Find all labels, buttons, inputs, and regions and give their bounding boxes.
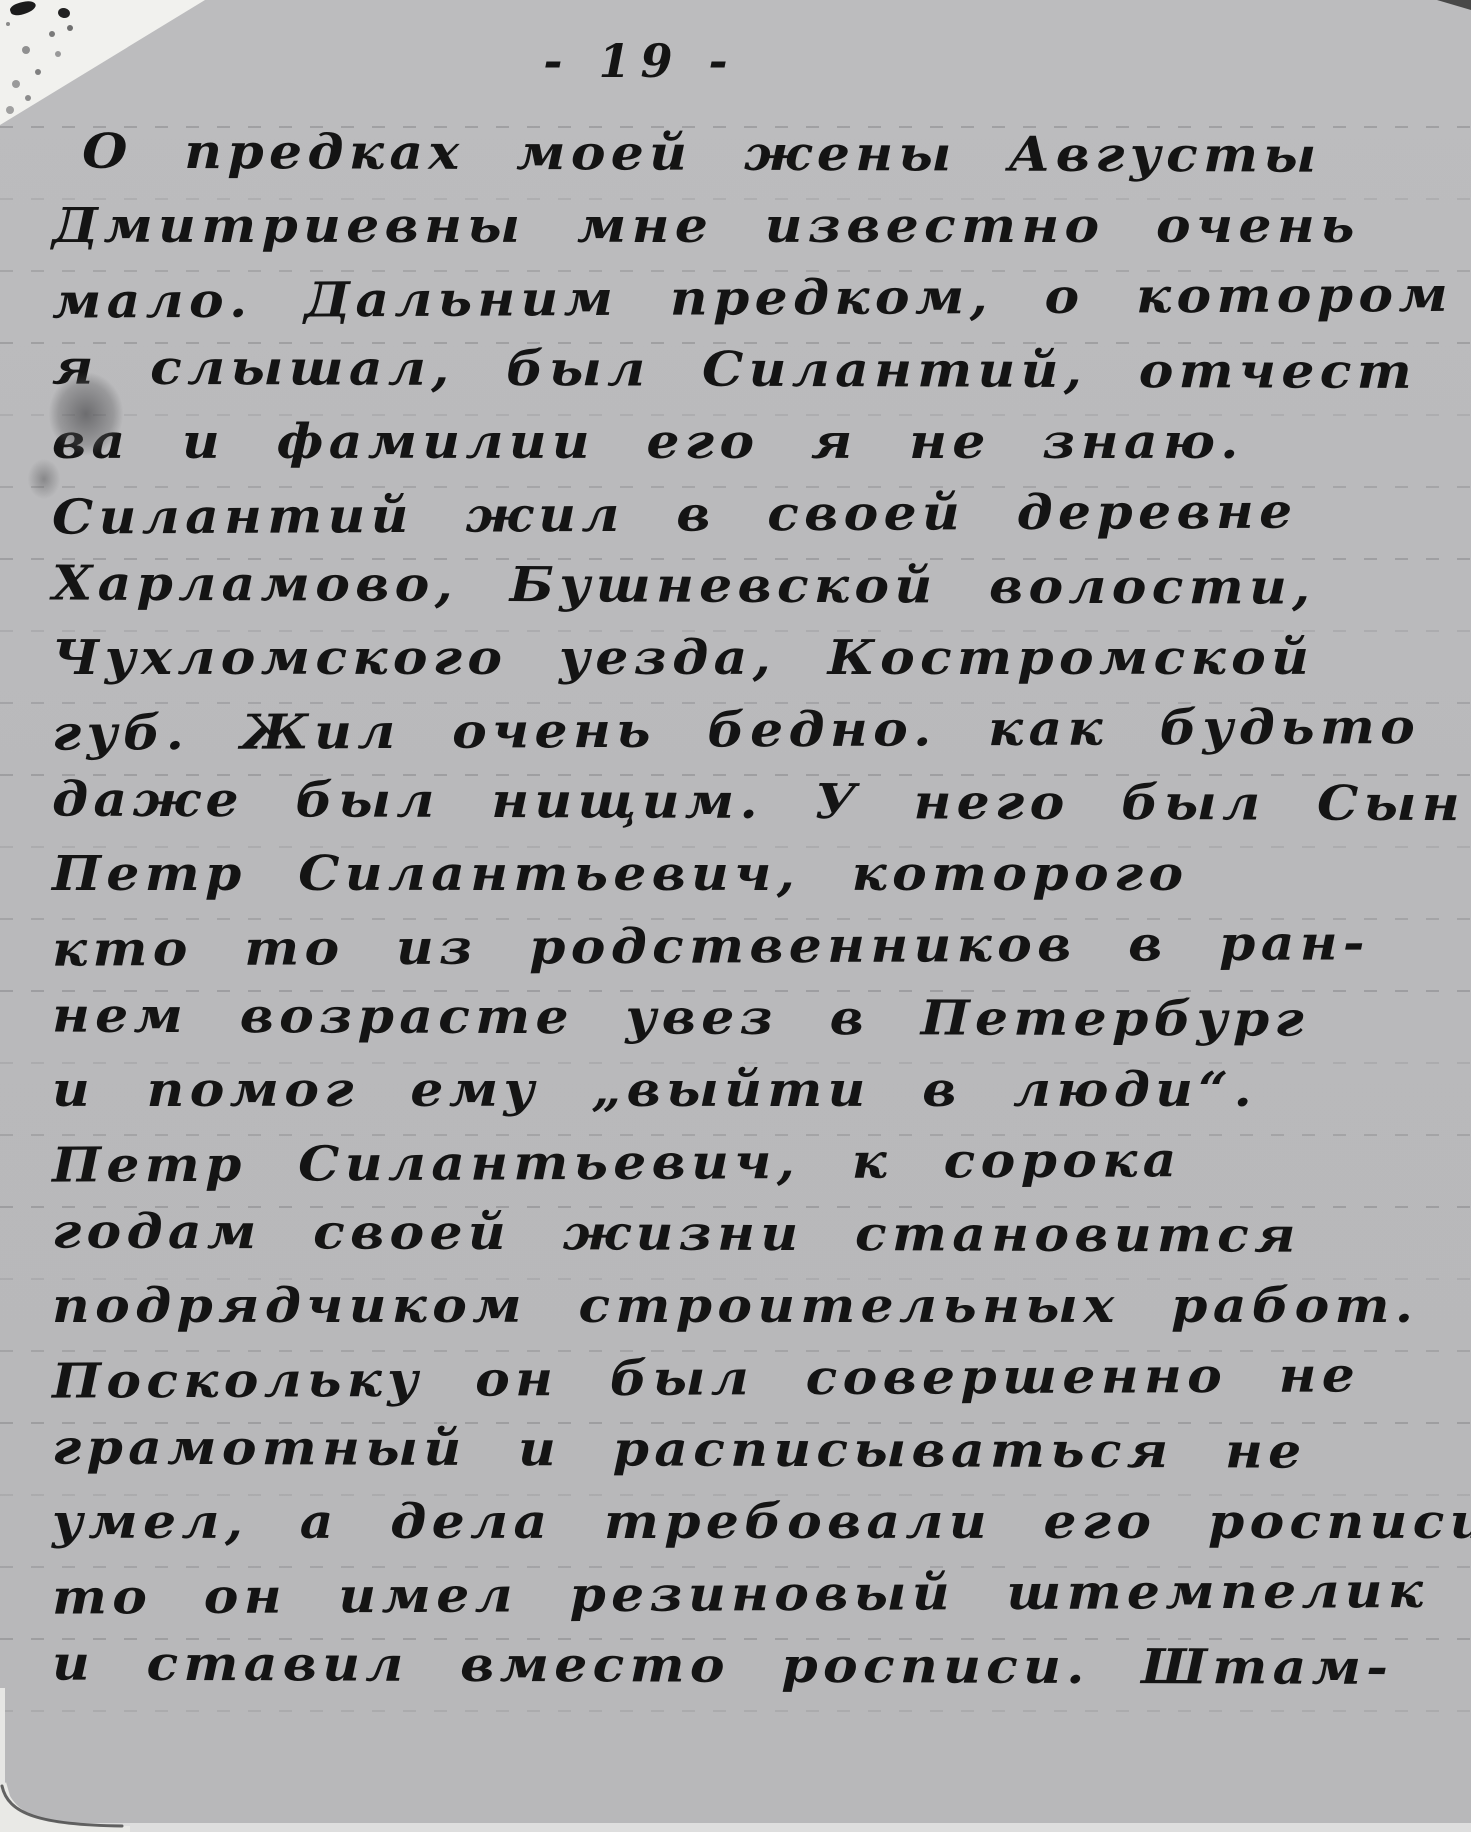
ruling-line [0,1710,1471,1712]
manuscript-line: Поскольку он был совершенно не [52,1338,1471,1417]
manuscript-line: и ставил вместо росписи. Штам- [52,1628,1471,1705]
manuscript-line: Харламово, Бушневской волости, [52,548,1471,625]
manuscript-line: Чухломского уезда, Костромской [52,622,1471,694]
edge-mark-icon [1437,0,1471,10]
manuscript-page: - 19 - О предках моей жены АвгустыДмитри… [0,0,1471,1832]
manuscript-line: я слышал, был Силантий, отчест [52,332,1471,409]
page-number: - 19 - [0,34,1376,88]
corner-speckles [6,22,10,26]
manuscript-line: нем возрасте увез в Петербург [52,980,1471,1057]
manuscript-line: мало. Дальним предком, о котором [52,258,1471,337]
manuscript-line: губ. Жил очень бедно. как будьто [52,690,1471,769]
manuscript-line: Петр Силантьевич, к сорока [52,1122,1471,1201]
manuscript-line: то он имел резиновый штемпелик [52,1554,1471,1633]
manuscript-line: умел, а дела требовали его росписи, [52,1486,1471,1558]
manuscript-line: Силантий жил в своей деревне [52,474,1471,553]
page-edge [0,1823,1471,1832]
page-curl [0,1780,130,1832]
manuscript-line: О предках моей жены Августы [52,116,1471,193]
manuscript-line: ва и фамилии его я не знаю. [52,406,1471,478]
manuscript-line: Петр Силантьевич, которого [52,838,1471,910]
manuscript-line: кто то из родственников в ран- [52,906,1471,985]
manuscript-line: Дмитриевны мне известно очень [52,190,1471,262]
manuscript-text: О предках моей жены АвгустыДмитриевны мн… [52,118,1471,1702]
manuscript-line: годам своей жизни становится [52,1196,1471,1273]
manuscript-line: подрядчиком строительных работ. [52,1270,1471,1342]
manuscript-line: даже был нищим. У него был Сын [52,764,1471,841]
manuscript-line: и помог ему „выйти в люди“. [52,1054,1471,1126]
manuscript-line: грамотный и расписываться не [52,1412,1471,1489]
ink-smudge [22,452,66,506]
